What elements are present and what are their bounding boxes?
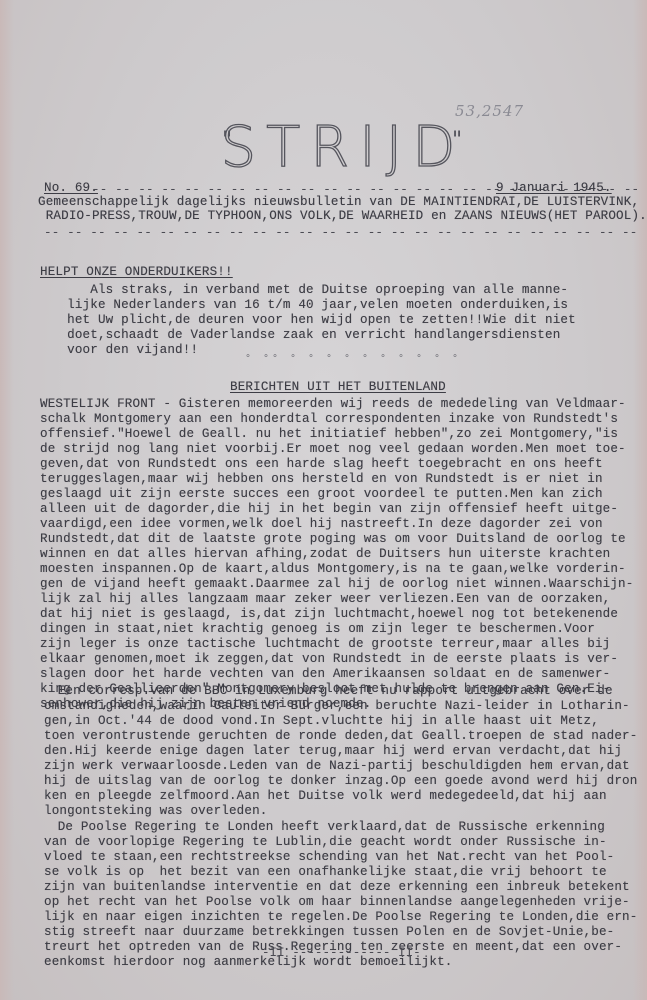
document-page: 53,2547 " STRIJD " No. 69. -- -- -- -- -… bbox=[0, 0, 647, 1000]
paragraph-line: longontsteking was overleden. bbox=[44, 804, 268, 818]
paragraph-line: vloed te staan,een rechtstreekse schendi… bbox=[44, 850, 614, 864]
paragraph-line: gen,in Oct.'44 de dood vond.In Sept.vluc… bbox=[44, 714, 599, 728]
paragraph-line: WESTELIJK FRONT - Gisteren memoreerden w… bbox=[40, 397, 626, 411]
issue-date: 9 Januari 1945. bbox=[496, 181, 612, 195]
paragraph-line: vaardigd,een idee vormen,welk doel hij n… bbox=[40, 517, 603, 531]
paragraph-line: lijk zal hij alles langzaam maar zeker w… bbox=[40, 592, 610, 606]
ornament-divider: ° °° ° ° ° ° ° ° ° ° ° ° bbox=[245, 354, 461, 365]
section-heading-buitenland: BERICHTEN UIT HET BUITENLAND bbox=[230, 380, 446, 394]
paragraph-line: dat hij niet is geslaagd, is,dat zijn lu… bbox=[40, 607, 618, 621]
paragraph-line: geslaagd uit zijn eerste succes een groo… bbox=[40, 487, 603, 501]
paragraph-line: het Uw plicht,de deuren voor hen wijd op… bbox=[44, 313, 576, 327]
paragraph-line: se volk is op het bezit van een onafhank… bbox=[44, 865, 607, 879]
paragraph-line: alleen uit de dagorder,die hij in het be… bbox=[40, 502, 618, 516]
paper-edge-right bbox=[633, 0, 647, 1000]
issue-number: No. 69. bbox=[44, 181, 98, 195]
paragraph-line: den.Hij keerde enige dagen later terug,m… bbox=[44, 744, 622, 758]
paragraph-line: lijke Nederlanders van 16 t/m 40 jaar,ve… bbox=[44, 298, 568, 312]
paragraph-line: zijn van buitenlandse interventie en dat… bbox=[44, 880, 630, 894]
paragraph-line: dingen in staat,niet krachtig genoeg is … bbox=[40, 622, 595, 636]
paragraph-line: ken en pleegde zelfmoord.Aan het Duitse … bbox=[44, 789, 607, 803]
paragraph-line: moesten inspannen.Op de kaart,aldus Mont… bbox=[40, 562, 626, 576]
paragraph-line: schalk Montgomery aan een honderdtal cor… bbox=[40, 412, 618, 426]
paragraph-line: winnen en dat alles hiervan afhing,zodat… bbox=[40, 547, 610, 561]
paragraph-line: Een corresp.van de BBC in Luxemburg heef… bbox=[50, 684, 613, 698]
paragraph-line: doet,schaadt de Vaderlandse zaak en verr… bbox=[44, 328, 560, 342]
paragraph-line: teruggeslagen,maar wij hebben ons herste… bbox=[40, 472, 603, 486]
masthead-title: STRIJD bbox=[218, 118, 468, 178]
paragraph-line: zijn leger is onze tactische luchtmacht … bbox=[40, 637, 610, 651]
paragraph-line: geven,dat von Rundstedt ons een harde sl… bbox=[40, 457, 603, 471]
paragraph-line: omstandigheden,waarin Gauleiter Bürger,e… bbox=[44, 699, 630, 713]
paragraph-line: De Poolse Regering te Londen heeft verkl… bbox=[50, 820, 605, 834]
paragraph-line: elkaar genomen,moet ik zeggen,dat von Ru… bbox=[40, 652, 618, 666]
paragraph-line: hij de uitslag van de oorlog te donker i… bbox=[44, 774, 637, 788]
paragraph-line: stig streeft naar duurzame betrekkingen … bbox=[44, 925, 614, 939]
paragraph-line: op het recht van het Poolse volk om haar… bbox=[44, 895, 630, 909]
paragraph-line: zijn werk verwaarloosde.Leden van de Naz… bbox=[44, 759, 630, 773]
paragraph-line: Als straks, in verband met de Duitse opr… bbox=[44, 283, 568, 297]
paragraph-line: offensief."Hoewel de Geall. nu het initi… bbox=[40, 427, 618, 441]
section-heading-text: BERICHTEN UIT HET BUITENLAND bbox=[230, 380, 446, 394]
dash-rule-bottom: -- -- -- -- -- -- -- -- -- -- -- -- -- -… bbox=[44, 226, 647, 240]
paragraph-line: lijk en naar eigen inzichten te regelen.… bbox=[44, 910, 637, 924]
paragraph-line: van de voorlopige Regering te Lublin,die… bbox=[44, 835, 607, 849]
page-end-mark: -II ------------- II- bbox=[262, 946, 421, 960]
paragraph-line: Rundstedt,dat dit de laatste grote pogin… bbox=[40, 532, 626, 546]
paragraph-line: de strijd nog lang niet voorbij.Er moet … bbox=[40, 442, 626, 456]
masthead-close-quote: " bbox=[452, 128, 462, 153]
subtitle-line-1: Gemeenschappelijk dagelijks nieuwsbullet… bbox=[38, 195, 639, 209]
subtitle-line-2: RADIO-PRESS,TROUW,DE TYPHOON,ONS VOLK,DE… bbox=[38, 209, 647, 223]
paragraph-line: toen verontrustende geruchten de ronde d… bbox=[44, 729, 637, 743]
paragraph-line: gen de vijand heeft gemaakt.Daarmee zal … bbox=[40, 577, 633, 591]
paragraph-line: slagen door het harde vechten van den Am… bbox=[40, 667, 610, 681]
paragraph-line: voor den vijand!! bbox=[44, 343, 198, 357]
paper-edge-left bbox=[0, 0, 14, 1000]
section-heading-onderduikers: HELPT ONZE ONDERDUIKERS!! bbox=[40, 265, 233, 279]
